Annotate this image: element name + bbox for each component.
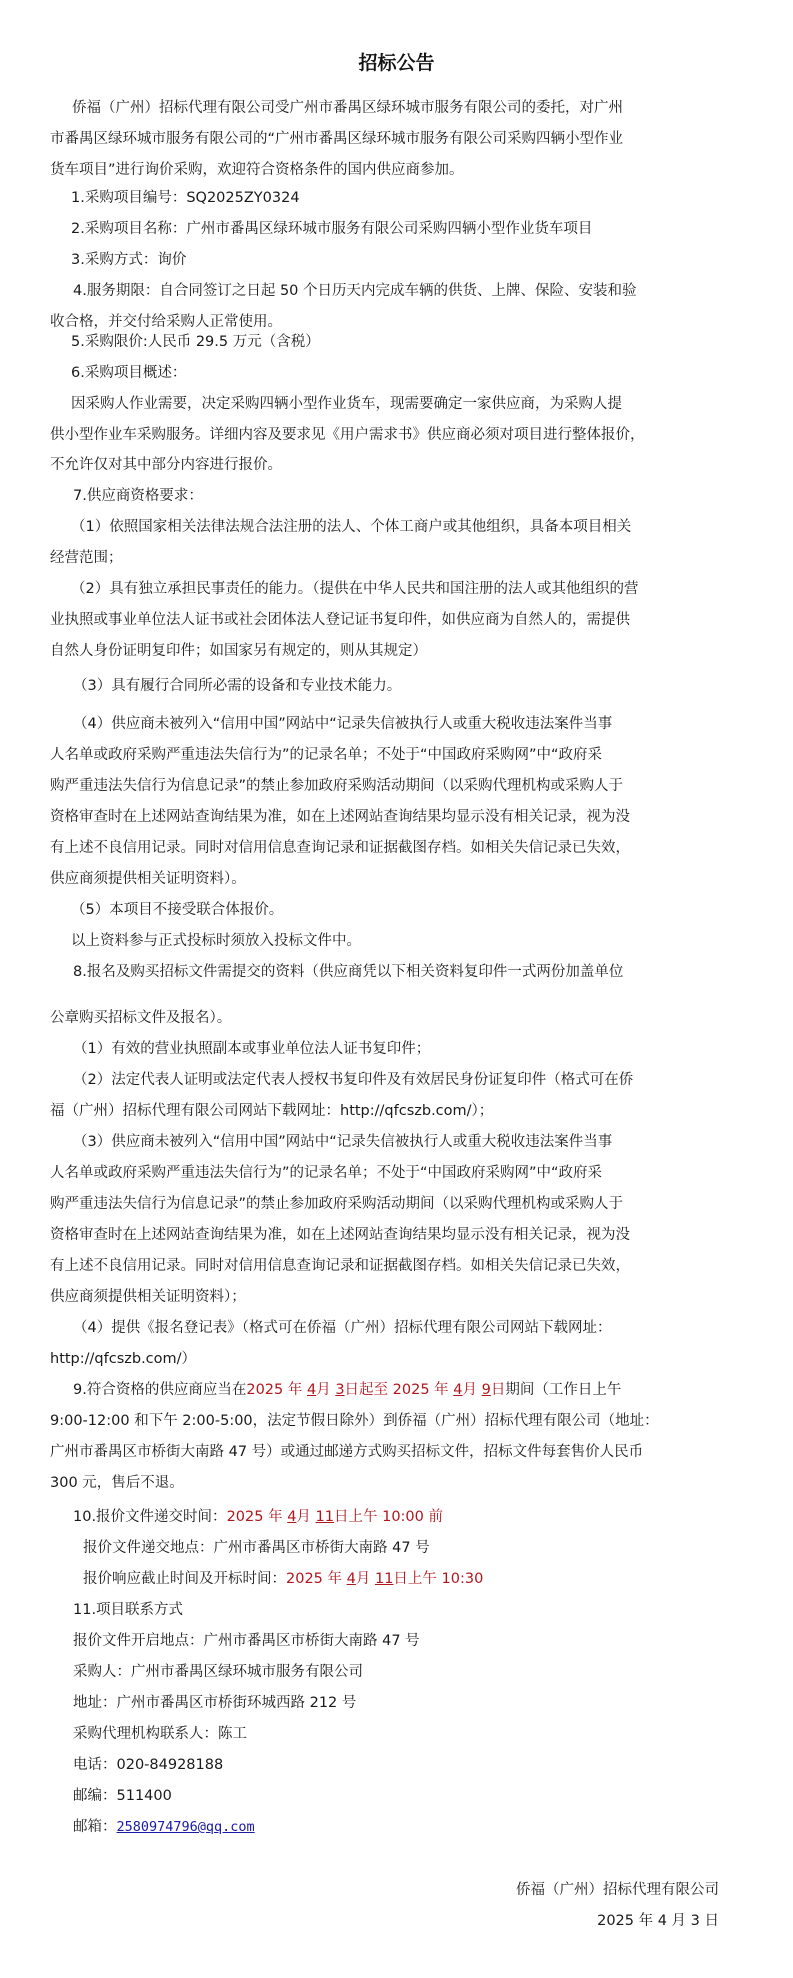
buyer: 采购人：广州市番禺区绿环城市服务有限公司 [73, 1662, 766, 1682]
procurement-method: 3.采购方式：询价 [71, 250, 764, 270]
qualification-4: 供应商须提供相关证明资料）。 [50, 869, 743, 889]
month-char: 月 [316, 1382, 331, 1398]
buyer-address: 地址：广州市番禺区市桥街环城西路 212 号 [73, 1693, 766, 1713]
project-overview: 因采购人作业需要，决定采购四辆小型作业货车，现需要确定一家供应商，为采购人提 [71, 394, 764, 414]
email-row: 邮箱：2580974796@qq.com [73, 1817, 766, 1837]
registration-4: http://qfcszb.com/） [50, 1349, 743, 1369]
qualification-4: 购严重违法失信行为信息记录”的禁止参加政府采购活动期间（以采购代理机构或采购人于 [50, 776, 743, 796]
qualification-1: 经营范围； [50, 548, 743, 568]
page-title: 招标公告 [0, 48, 793, 75]
registration-2: （2）法定代表人证明或法定代表人授权书复印件及有效居民身份证复印件（格式可在侨 [73, 1070, 766, 1090]
submission-time-label: 10.报价文件递交时间： [73, 1509, 227, 1525]
signature-date: 2025 年 4 月 3 日 [597, 1911, 719, 1931]
phone: 电话：020-84928188 [73, 1755, 766, 1775]
end-day: 9 [482, 1382, 491, 1398]
qualification-4: 有上述不良信用记录。同时对信用信息查询记录和证据截图存档。如相关失信记录已失效， [50, 838, 743, 858]
email-link[interactable]: 2580974796@qq.com [117, 1819, 255, 1835]
registration-3: （3）供应商未被列入“信用中国”网站中“记录失信被执行人或重大税收违法案件当事 [73, 1132, 766, 1152]
intro-line: 侨福（广州）招标代理有限公司受广州市番禺区绿环城市服务有限公司的委托，对广州 [72, 98, 765, 118]
qualification-3: （3）具有履行合同所必需的设备和专业技术能力。 [73, 676, 766, 696]
submission-day: 11 [316, 1509, 334, 1525]
end-year: 2025 年 [393, 1382, 449, 1398]
signature-company: 侨福（广州）招标代理有限公司 [516, 1880, 719, 1900]
qualification-4: （4）供应商未被列入“信用中国”网站中“记录失信被执行人或重大税收违法案件当事 [73, 714, 766, 734]
email-label: 邮箱： [73, 1819, 117, 1835]
registration-3: 有上述不良信用记录。同时对信用信息查询记录和证据截图存档。如相关失信记录已失效， [50, 1256, 743, 1276]
start-day: 3 [335, 1382, 344, 1398]
intro-line: 货车项目”进行询价采购，欢迎符合资格条件的国内供应商参加。 [50, 160, 743, 180]
price-limit: 5.采购限价:人民币 29.5 万元（含税） [71, 332, 764, 352]
purchase-period: 9:00-12:00 和下午 2:00-5:00，法定节假日除外）到侨福（广州）… [50, 1411, 743, 1431]
project-overview: 供小型作业车采购服务。详细内容及要求见《用户需求书》供应商必须对项目进行整体报价… [50, 425, 743, 445]
registration-3: 供应商须提供相关证明资料）； [50, 1287, 743, 1307]
opening-time: 报价响应截止时间及开标时间：2025 年 4月 11日上午 10:30 [83, 1569, 776, 1589]
intro-line: 市番禺区绿环城市服务有限公司的“广州市番禺区绿环城市服务有限公司采购四辆小型作业 [50, 129, 743, 149]
opening-day: 11 [375, 1571, 393, 1587]
from-to: 日起至 [345, 1382, 389, 1398]
contact-heading: 11.项目联系方式 [73, 1600, 766, 1620]
submission-place: 报价文件递交地点：广州市番禺区市桥街大南路 47 号 [83, 1538, 776, 1558]
qualification-2: 业执照或事业单位法人证书或社会团体法人登记证书复印件，如供应商为自然人的，需提供 [50, 610, 743, 630]
service-period: 收合格，并交付给采购人正常使用。 [50, 312, 743, 332]
registration-4: （4）提供《报名登记表》（格式可在侨福（广州）招标代理有限公司网站下载网址： [73, 1318, 766, 1338]
registration-3: 人名单或政府采购严重违法失信行为”的记录名单；不处于“中国政府采购网”中“政府采 [50, 1163, 743, 1183]
opening-place: 报价文件开启地点：广州市番禺区市桥街大南路 47 号 [73, 1631, 766, 1651]
start-month: 4 [307, 1382, 316, 1398]
registration-1: （1）有效的营业执照副本或事业单位法人证书复印件； [73, 1039, 766, 1059]
project-overview-heading: 6.采购项目概述： [71, 363, 764, 383]
purchase-period-suffix: 期间（工作日上午 [505, 1382, 621, 1398]
qualification-heading: 7.供应商资格要求： [73, 486, 766, 506]
submission-rest: 日上午 10:00 前 [334, 1509, 443, 1525]
registration-3: 资格审查时在上述网站查询结果为准，如在上述网站查询结果均显示没有相关记录，视为没 [50, 1225, 743, 1245]
project-number: 1.采购项目编号：SQ2025ZY0324 [71, 188, 764, 208]
qualification-4: 人名单或政府采购严重违法失信行为”的记录名单；不处于“中国政府采购网”中“政府采 [50, 745, 743, 765]
qualification-4: 资格审查时在上述网站查询结果为准，如在上述网站查询结果均显示没有相关记录，视为没 [50, 807, 743, 827]
opening-rest: 日上午 10:30 [393, 1571, 483, 1587]
postcode: 邮编：511400 [73, 1786, 766, 1806]
registration-3: 购严重违法失信行为信息记录”的禁止参加政府采购活动期间（以采购代理机构或采购人于 [50, 1194, 743, 1214]
purchase-period: 9.符合资格的供应商应当在2025 年 4月 3日起至 2025 年 4月 9日… [73, 1380, 766, 1400]
qualification-note: 以上资料参与正式投标时须放入投标文件中。 [71, 931, 764, 951]
service-period: 4.服务期限：自合同签订之日起 50 个日历天内完成车辆的供货、上牌、保险、安装… [73, 281, 766, 301]
month-char: 月 [296, 1509, 311, 1525]
start-year: 2025 年 [246, 1382, 302, 1398]
opening-year: 2025 年 [286, 1571, 342, 1587]
agent-contact: 采购代理机构联系人：陈工 [73, 1724, 766, 1744]
opening-month: 4 [347, 1571, 356, 1587]
qualification-2: （2）具有独立承担民事责任的能力。（提供在中华人民共和国注册的法人或其他组织的营 [71, 579, 764, 599]
registration-2: 福（广州）招标代理有限公司网站下载网址：http://qfcszb.com/）； [50, 1101, 743, 1121]
submission-year: 2025 年 [227, 1509, 283, 1525]
qualification-2: 自然人身份证明复印件；如国家另有规定的，则从其规定） [50, 641, 743, 661]
purchase-period-prefix: 9.符合资格的供应商应当在 [73, 1382, 246, 1398]
end-month: 4 [453, 1382, 462, 1398]
month-char: 月 [463, 1382, 478, 1398]
project-overview: 不允许仅对其中部分内容进行报价。 [50, 455, 743, 475]
purchase-period: 300 元，售后不退。 [50, 1473, 743, 1493]
opening-time-label: 报价响应截止时间及开标时间： [83, 1571, 286, 1587]
project-name: 2.采购项目名称：广州市番禺区绿环城市服务有限公司采购四辆小型作业货车项目 [71, 219, 764, 239]
qualification-5: （5）本项目不接受联合体报价。 [71, 900, 764, 920]
qualification-1: （1）依照国家相关法律法规合法注册的法人、个体工商户或其他组织，具备本项目相关 [71, 517, 764, 537]
registration-heading: 8.报名及购买招标文件需提交的资料（供应商凭以下相关资料复印件一式两份加盖单位 [73, 962, 766, 982]
day-char: 日 [491, 1382, 506, 1398]
submission-time: 10.报价文件递交时间：2025 年 4月 11日上午 10:00 前 [73, 1507, 766, 1527]
month-char: 月 [356, 1571, 371, 1587]
purchase-period: 广州市番禺区市桥街大南路 47 号）或通过邮递方式购买招标文件，招标文件每套售价… [50, 1442, 743, 1462]
registration-heading: 公章购买招标文件及报名）。 [50, 1008, 743, 1028]
